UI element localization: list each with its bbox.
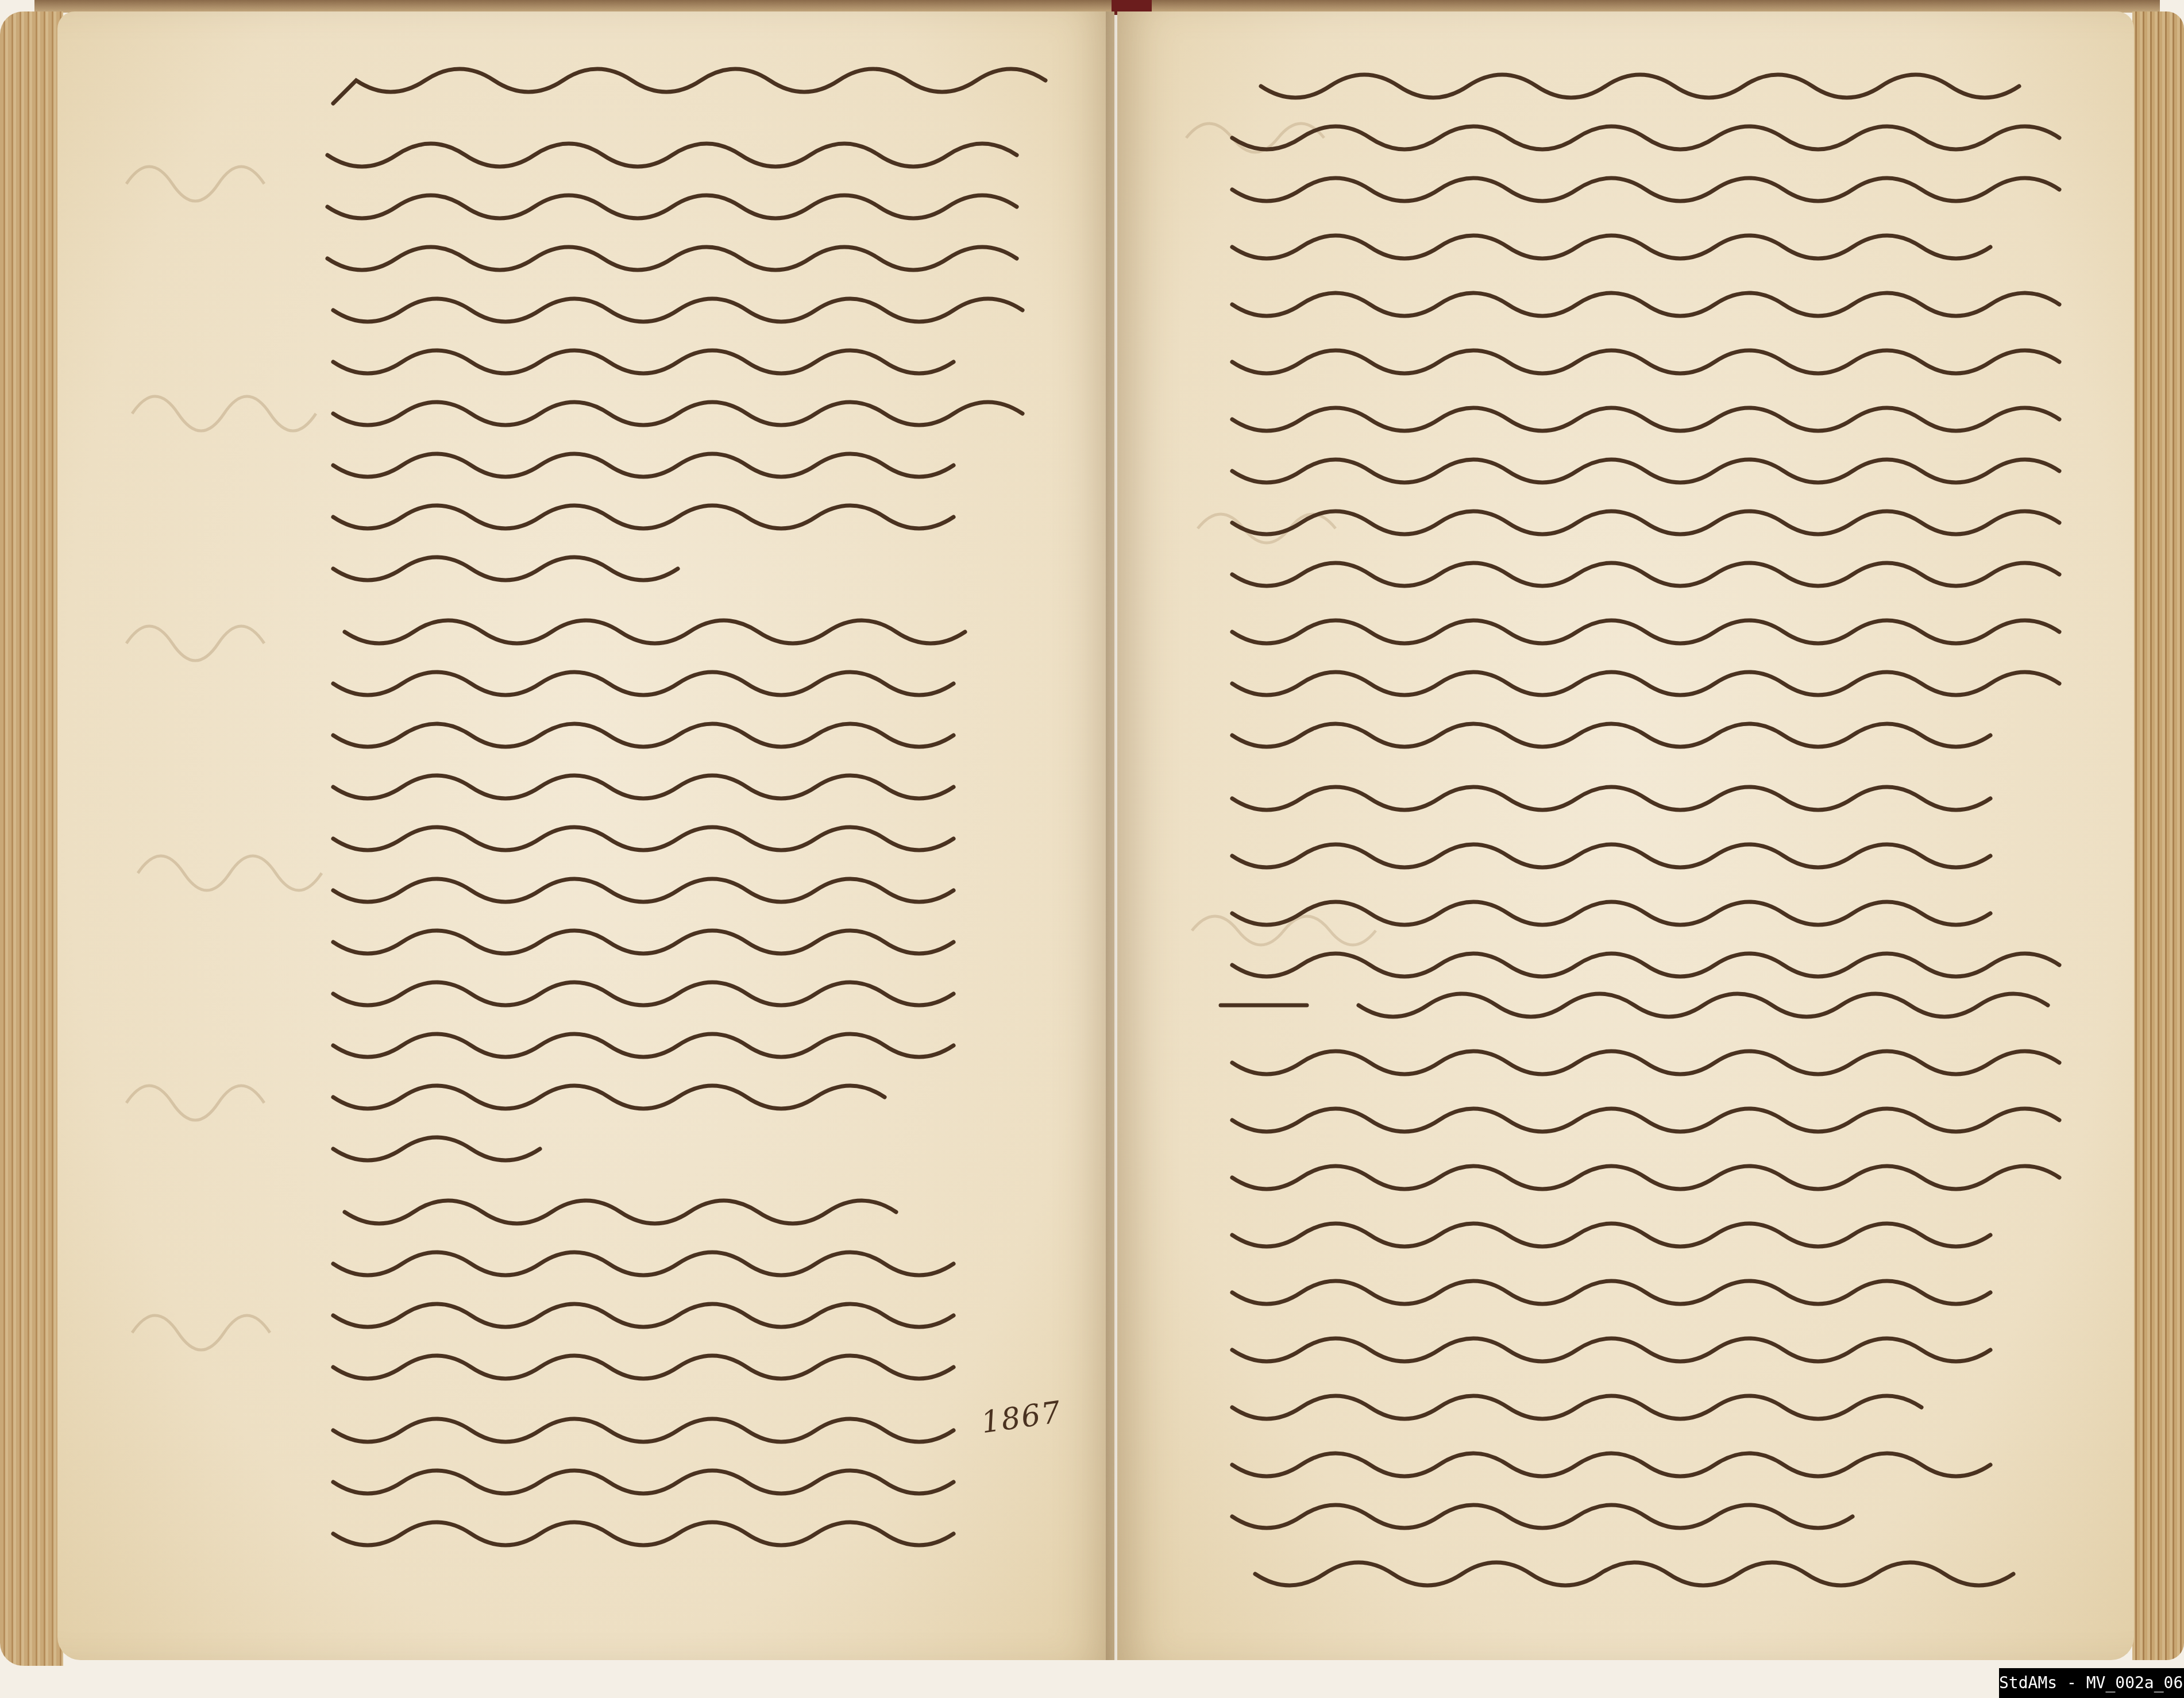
book-top-edge — [34, 0, 2160, 13]
left-page-handwriting — [57, 11, 1114, 1660]
archive-reference-label: StdAMs - MV_002a_068 — [1999, 1668, 2184, 1698]
left-page: 1867 — [57, 11, 1114, 1660]
book-spread: 1867 — [0, 0, 2184, 1698]
left-page-edges — [0, 11, 63, 1666]
right-page-edges — [2132, 11, 2184, 1660]
right-page-handwriting — [1117, 11, 2134, 1660]
right-page — [1117, 11, 2134, 1660]
